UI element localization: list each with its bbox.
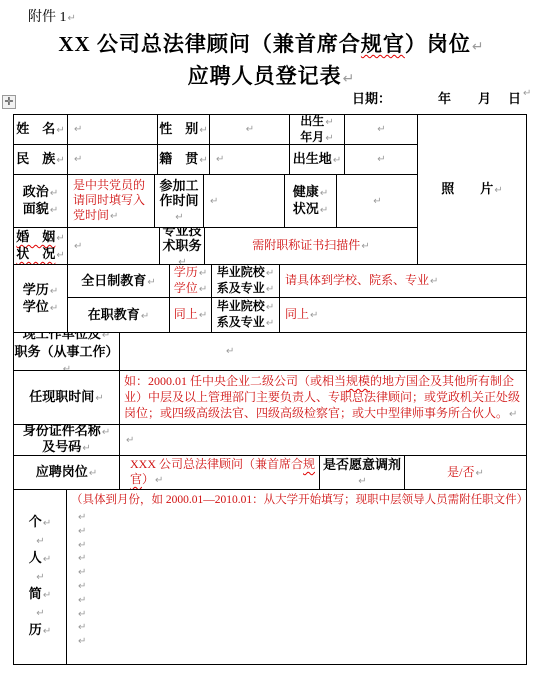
paragraph-mark: ↵ bbox=[78, 581, 86, 592]
paragraph-mark: ↵ bbox=[126, 435, 134, 446]
id-document-input-cell[interactable]: ↵ bbox=[120, 425, 527, 456]
transfer-label-cell: 是否愿意调剂↵ bbox=[320, 456, 405, 490]
paragraph-mark: ↵ bbox=[102, 427, 110, 438]
tenure-hint-cell[interactable]: 如：2000.01 任中央企业二级公司（或相当规模的地方国企及其他所有制企业）中… bbox=[120, 371, 527, 425]
gender-input-cell[interactable]: ↵ bbox=[210, 115, 290, 145]
paragraph-mark: ↵ bbox=[78, 512, 86, 523]
attachment-label: 附件 1↵ bbox=[28, 6, 76, 26]
paragraph-mark: ↵ bbox=[50, 303, 58, 314]
paragraph-mark: ↵ bbox=[430, 276, 438, 287]
transfer-value-cell[interactable]: 是/否↵ bbox=[405, 456, 527, 490]
paragraph-mark: ↵ bbox=[199, 310, 207, 321]
paragraph-mark: ↵ bbox=[320, 188, 328, 199]
paragraph-mark: ↵ bbox=[343, 71, 356, 87]
graduate-school-label-cell: 毕业院校↵系及专业↵ bbox=[212, 265, 280, 298]
paragraph-mark: ↵ bbox=[266, 284, 274, 295]
paragraph-mark: ↵ bbox=[472, 39, 485, 55]
onjob-degree-hint-cell: 同上↵ bbox=[170, 298, 212, 333]
paragraph-mark: ↵ bbox=[74, 241, 82, 252]
paragraph-mark: ↵ bbox=[266, 268, 274, 279]
date-month-label: 月 bbox=[478, 88, 491, 107]
graduate-school-hint-cell[interactable]: 请具体到学校、院系、专业↵ bbox=[280, 265, 527, 298]
paragraph-mark: ↵ bbox=[50, 188, 58, 199]
ethnicity-input-cell[interactable]: ↵ bbox=[68, 145, 158, 175]
paragraph-mark: ↵ bbox=[325, 117, 333, 128]
paragraph-mark: ↵ bbox=[147, 277, 155, 288]
paragraph-mark: ↵ bbox=[110, 211, 118, 222]
registration-form-table: 姓 名↵ ↵ 性 别↵ ↵ 出生↵年月↵ ↵ 民 族↵ ↵ 籍 贯↵ ↵ 出生地… bbox=[13, 114, 527, 665]
table-row: 全日制教育↵ 学历↵学位↵ 毕业院校↵系及专业↵ 请具体到学校、院系、专业↵ bbox=[68, 265, 527, 298]
paragraph-mark: ↵ bbox=[95, 393, 103, 404]
spellcheck-squiggle: 规模 bbox=[346, 374, 370, 388]
paragraph-mark: ↵ bbox=[141, 311, 149, 322]
paragraph-mark: ↵ bbox=[43, 626, 51, 637]
paragraph-mark: ↵ bbox=[50, 286, 58, 297]
paragraph-mark: ↵ bbox=[246, 124, 254, 135]
paragraph-mark: ↵ bbox=[216, 154, 224, 165]
paragraph-mark: ↵ bbox=[78, 622, 86, 633]
work-start-label-cell: 参加工作时间↵ bbox=[155, 175, 204, 228]
fulltime-education-label-cell: 全日制教育↵ bbox=[68, 265, 170, 298]
tenure-label-cell: 任现职时间↵ bbox=[14, 371, 120, 425]
paragraph-mark: ↵ bbox=[36, 608, 44, 619]
health-label-cell: 健康↵状况↵ bbox=[285, 175, 337, 228]
spellcheck-squiggle: 规官 bbox=[361, 32, 405, 56]
paragraph-mark: ↵ bbox=[175, 212, 183, 223]
birthplace-input-cell[interactable]: ↵ bbox=[345, 145, 418, 175]
paragraph-mark: ↵ bbox=[56, 125, 64, 136]
paragraph-mark: ↵ bbox=[358, 476, 366, 487]
paragraph-mark: ↵ bbox=[78, 636, 86, 647]
table-row: 婚 姻↵状 况↵ ↵ 专业技术职务↵ 需附职称证书扫描件↵ bbox=[14, 228, 418, 265]
date-day-label: 日 bbox=[508, 88, 521, 107]
table-move-handle-icon[interactable]: ✛ bbox=[2, 95, 16, 109]
paragraph-mark: ↵ bbox=[63, 364, 71, 372]
paragraph-mark: ↵ bbox=[43, 518, 51, 529]
date-line: 日期： 年 月 日 ↵ bbox=[0, 88, 543, 106]
paragraph-mark: ↵ bbox=[74, 154, 82, 165]
paragraph-mark: ↵ bbox=[43, 590, 51, 601]
paragraph-mark: ↵ bbox=[377, 154, 385, 165]
birth-date-label-cell: 出生↵年月↵ bbox=[290, 115, 345, 145]
marital-status-input-cell[interactable]: ↵ bbox=[68, 228, 160, 265]
position-label-cell: 应聘岗位↵ bbox=[14, 456, 120, 490]
resume-hint: （具体到月份，如 2000.01—2010.01：从大学开始填写；现职中层领导人… bbox=[67, 492, 526, 509]
resume-content-cell[interactable]: （具体到月份，如 2000.01—2010.01：从大学开始填写；现职中层领导人… bbox=[67, 490, 527, 665]
paragraph-mark: ↵ bbox=[377, 124, 385, 135]
onjob-school-label-cell: 毕业院校↵系及专业↵ bbox=[212, 298, 280, 333]
paragraph-mark: ↵ bbox=[361, 241, 369, 252]
onjob-school-hint-cell[interactable]: 同上↵ bbox=[280, 298, 527, 333]
paragraph-mark: ↵ bbox=[494, 185, 502, 196]
table-row: 身份证件名称↵及号码↵ ↵ bbox=[14, 425, 527, 456]
paragraph-mark: ↵ bbox=[178, 257, 186, 266]
current-employer-label-cell: 现工作单位及↵职务（从事工作）↵ bbox=[14, 333, 120, 371]
paragraph-mark: ↵ bbox=[475, 468, 483, 479]
tech-title-label-cell: 专业技术职务↵ bbox=[160, 228, 205, 265]
paragraph-mark: ↵ bbox=[226, 346, 234, 357]
onjob-education-label-cell: 在职教育↵ bbox=[68, 298, 170, 333]
paragraph-mark: ↵ bbox=[199, 125, 207, 136]
ethnicity-label-cell: 民 族↵ bbox=[14, 145, 68, 175]
paragraph-mark: ↵ bbox=[373, 196, 381, 207]
birth-date-input-cell[interactable]: ↵ bbox=[345, 115, 418, 145]
paragraph-mark: ↵ bbox=[325, 133, 333, 144]
paragraph-mark: ↵ bbox=[78, 553, 86, 564]
id-document-label-cell: 身份证件名称↵及号码↵ bbox=[14, 425, 120, 456]
paragraph-mark: ↵ bbox=[320, 205, 328, 216]
document-title: XX 公司总法律顾问（兼首席合规官）岗位↵ 应聘人员登记表↵ bbox=[0, 30, 543, 94]
name-label-cell: 姓 名↵ bbox=[14, 115, 68, 145]
paragraph-mark: ↵ bbox=[266, 302, 274, 313]
health-input-cell[interactable]: ↵ bbox=[337, 175, 418, 228]
paragraph-mark: ↵ bbox=[266, 318, 274, 329]
table-row: 任现职时间↵ 如：2000.01 任中央企业二级公司（或相当规模的地方国企及其他… bbox=[14, 371, 527, 425]
paragraph-mark: ↵ bbox=[199, 155, 207, 166]
title-line-1: XX 公司总法律顾问（兼首席合规官）岗位↵ bbox=[0, 30, 543, 62]
paragraph-mark: ↵ bbox=[78, 609, 86, 620]
paragraph-mark: ↵ bbox=[102, 333, 110, 341]
table-row: 民 族↵ ↵ 籍 贯↵ ↵ 出生地↵ ↵ bbox=[14, 145, 418, 175]
paragraph-mark: ↵ bbox=[74, 124, 82, 135]
date-label: 日期： bbox=[352, 88, 391, 107]
paragraph-mark: ↵ bbox=[56, 233, 64, 244]
table-row: 政治↵面貌↵ 是中共党员的请同时填写入党时间↵ 参加工作时间↵ ↵ 健康↵状况↵… bbox=[14, 175, 418, 228]
paragraph-mark: ↵ bbox=[509, 409, 517, 420]
fulltime-degree-hint-cell: 学历↵学位↵ bbox=[170, 265, 212, 298]
paragraph-mark: ↵ bbox=[78, 595, 86, 606]
paragraph-mark: ↵ bbox=[89, 468, 97, 479]
position-value-cell[interactable]: XXX 公司总法律顾问（兼首席合规官）↵ bbox=[120, 456, 320, 490]
political-status-label-cell: 政治↵面貌↵ bbox=[14, 175, 68, 228]
table-row: 在职教育↵ 同上↵ 毕业院校↵系及专业↵ 同上↵ bbox=[68, 298, 527, 333]
paragraph-mark: ↵ bbox=[68, 13, 76, 24]
spellcheck-squiggle: 状 况 bbox=[16, 246, 55, 261]
table-row: 现工作单位及↵职务（从事工作）↵ ↵ bbox=[14, 333, 527, 371]
paragraph-mark: ↵ bbox=[56, 155, 64, 166]
birthplace-label-cell: 出生地↵ bbox=[290, 145, 345, 175]
paragraph-mark: ↵ bbox=[43, 554, 51, 565]
current-employer-input-cell[interactable]: ↵ bbox=[120, 333, 527, 371]
spellcheck-squiggle: 婚 姻 bbox=[16, 229, 55, 244]
word-document-page: 附件 1↵ XX 公司总法律顾问（兼首席合规官）岗位↵ 应聘人员登记表↵ 日期：… bbox=[0, 0, 543, 674]
date-year-label: 年 bbox=[438, 88, 451, 107]
paragraph-mark: ↵ bbox=[78, 526, 86, 537]
paragraph-mark: ↵ bbox=[155, 475, 163, 486]
paragraph-mark: ↵ bbox=[310, 310, 318, 321]
paragraph-mark: ↵ bbox=[36, 572, 44, 583]
photo-cell[interactable]: 照 片↵ bbox=[418, 115, 527, 265]
paragraph-mark: ↵ bbox=[36, 536, 44, 547]
paragraph-mark: ↵ bbox=[199, 284, 207, 295]
political-status-hint-cell[interactable]: 是中共党员的请同时填写入党时间↵ bbox=[68, 175, 155, 228]
paragraph-mark: ↵ bbox=[82, 443, 90, 454]
work-start-input-cell[interactable]: ↵ bbox=[204, 175, 285, 228]
gender-label-cell: 性 别↵ bbox=[158, 115, 210, 145]
paragraph-mark: ↵ bbox=[333, 155, 341, 166]
paragraph-mark: ↵ bbox=[78, 567, 86, 578]
paragraph-mark: ↵ bbox=[199, 268, 207, 279]
resume-label-cell: 个↵ ↵ 人↵ ↵ 简↵ ↵ 历↵ bbox=[14, 490, 67, 665]
table-row: 个↵ ↵ 人↵ ↵ 简↵ ↵ 历↵ （具体到月份，如 2000.01—2010.… bbox=[14, 490, 527, 665]
table-row: 应聘岗位↵ XXX 公司总法律顾问（兼首席合规官）↵ 是否愿意调剂↵ 是/否↵ bbox=[14, 456, 527, 490]
native-place-label-cell: 籍 贯↵ bbox=[158, 145, 210, 175]
paragraph-mark: ↵ bbox=[50, 205, 58, 216]
paragraph-mark: ↵ bbox=[78, 540, 86, 551]
marital-status-label-cell: 婚 姻↵状 况↵ bbox=[14, 228, 68, 265]
name-input-cell[interactable]: ↵ bbox=[68, 115, 158, 145]
paragraph-mark: ↵ bbox=[56, 250, 64, 261]
tech-title-hint-cell[interactable]: 需附职称证书扫描件↵ bbox=[205, 228, 418, 265]
paragraph-mark: ↵ bbox=[210, 196, 218, 207]
paragraph-mark: ↵ bbox=[523, 88, 531, 99]
native-place-input-cell[interactable]: ↵ bbox=[210, 145, 290, 175]
education-label-cell: 学历↵学位↵ bbox=[14, 265, 68, 333]
table-row: 姓 名↵ ↵ 性 别↵ ↵ 出生↵年月↵ ↵ bbox=[14, 115, 418, 145]
